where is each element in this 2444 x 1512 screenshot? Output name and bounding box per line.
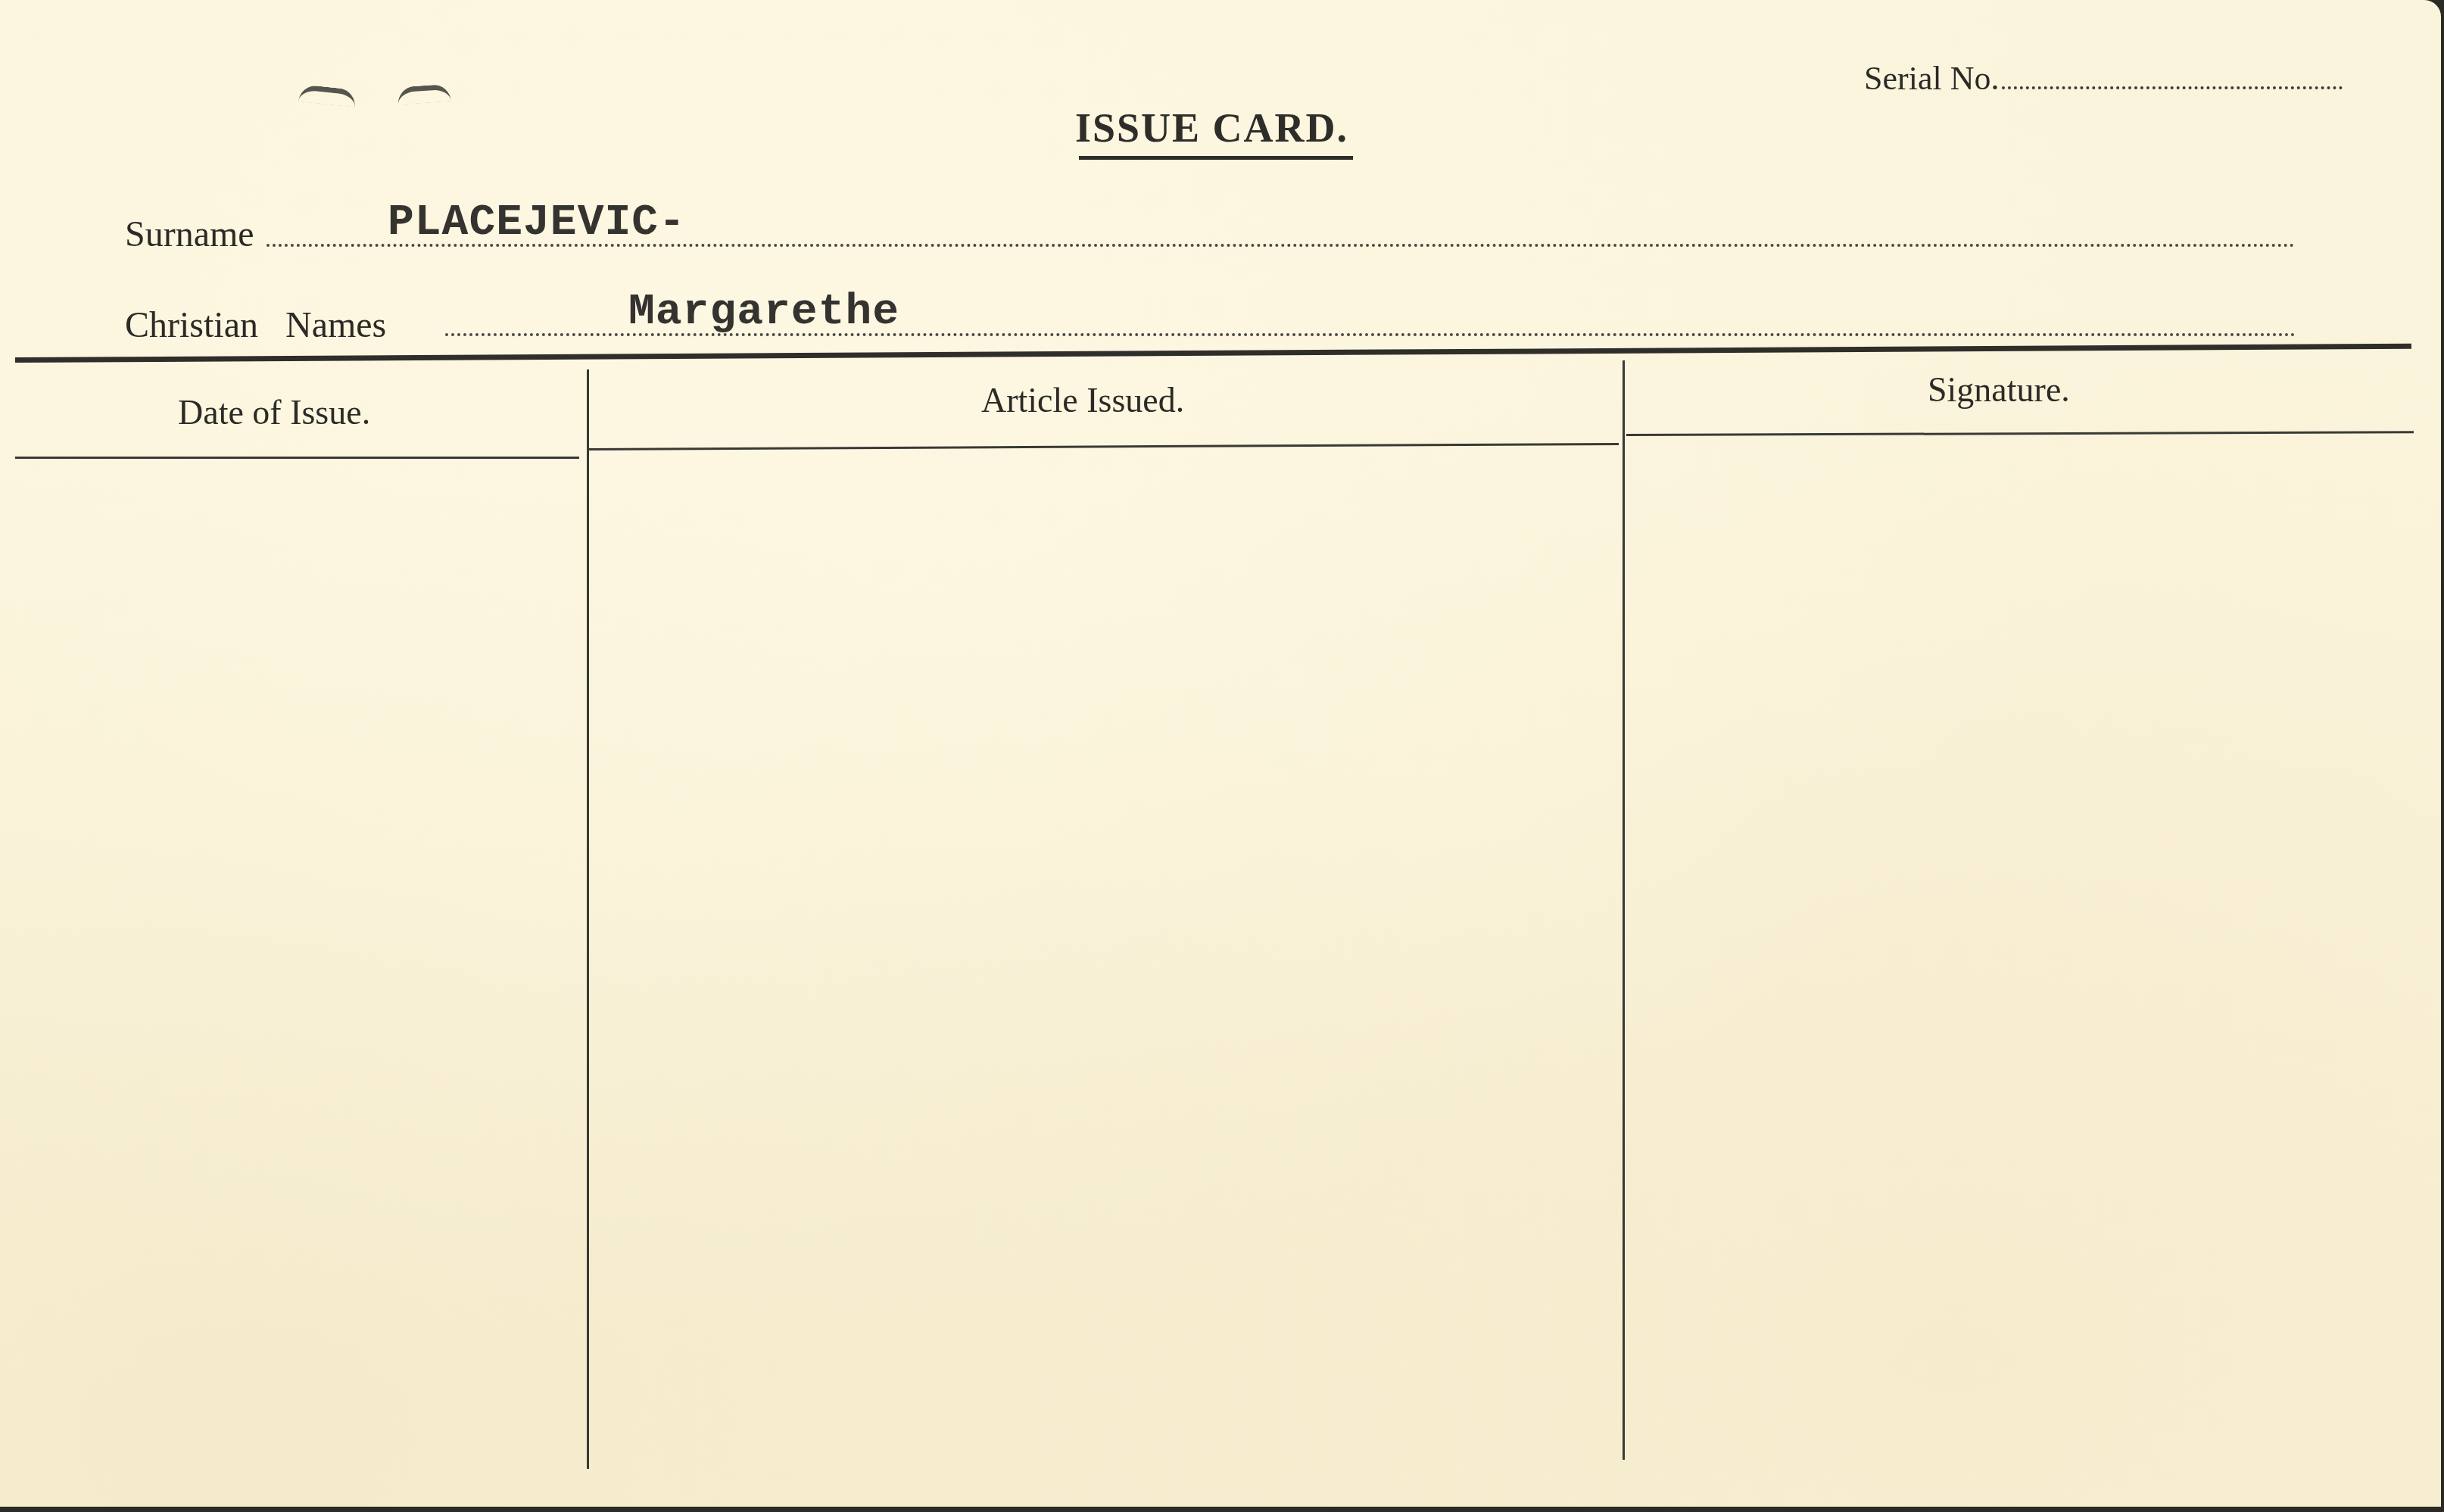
column-header-date-of-issue: Date of Issue. <box>178 392 370 432</box>
card-title: ISSUE CARD. <box>1075 104 1348 151</box>
staples <box>291 72 458 117</box>
column-divider-1 <box>587 369 589 1469</box>
column-header-article-issued: Article Issued. <box>981 380 1184 420</box>
staple-icon <box>298 84 357 108</box>
serial-number-field: Serial No. <box>1864 59 2343 98</box>
header-rule <box>15 344 2411 363</box>
surname-label: Surname <box>125 214 254 255</box>
signature-column-body <box>1626 439 2414 1461</box>
date-column-header-rule <box>15 457 579 459</box>
column-header-signature: Signature. <box>1928 369 2070 410</box>
signature-column-header-rule <box>1626 431 2414 436</box>
title-underline <box>1079 156 1353 160</box>
column-divider-2 <box>1623 360 1625 1460</box>
serial-number-value <box>2002 86 2343 89</box>
serial-number-label: Serial No. <box>1864 60 1999 97</box>
article-column-header-rule <box>589 443 1619 450</box>
article-issued-column-body <box>591 454 1620 1461</box>
christian-names-label: Christian Names <box>125 304 386 346</box>
surname-value: PLACEJEVIC- <box>388 198 686 248</box>
date-of-issue-column-body <box>15 462 585 1469</box>
christian-names-value: Margarethe <box>628 288 899 337</box>
staple-icon <box>397 84 450 105</box>
issue-card: Serial No. ISSUE CARD. Surname PLACEJEVI… <box>0 0 2441 1507</box>
